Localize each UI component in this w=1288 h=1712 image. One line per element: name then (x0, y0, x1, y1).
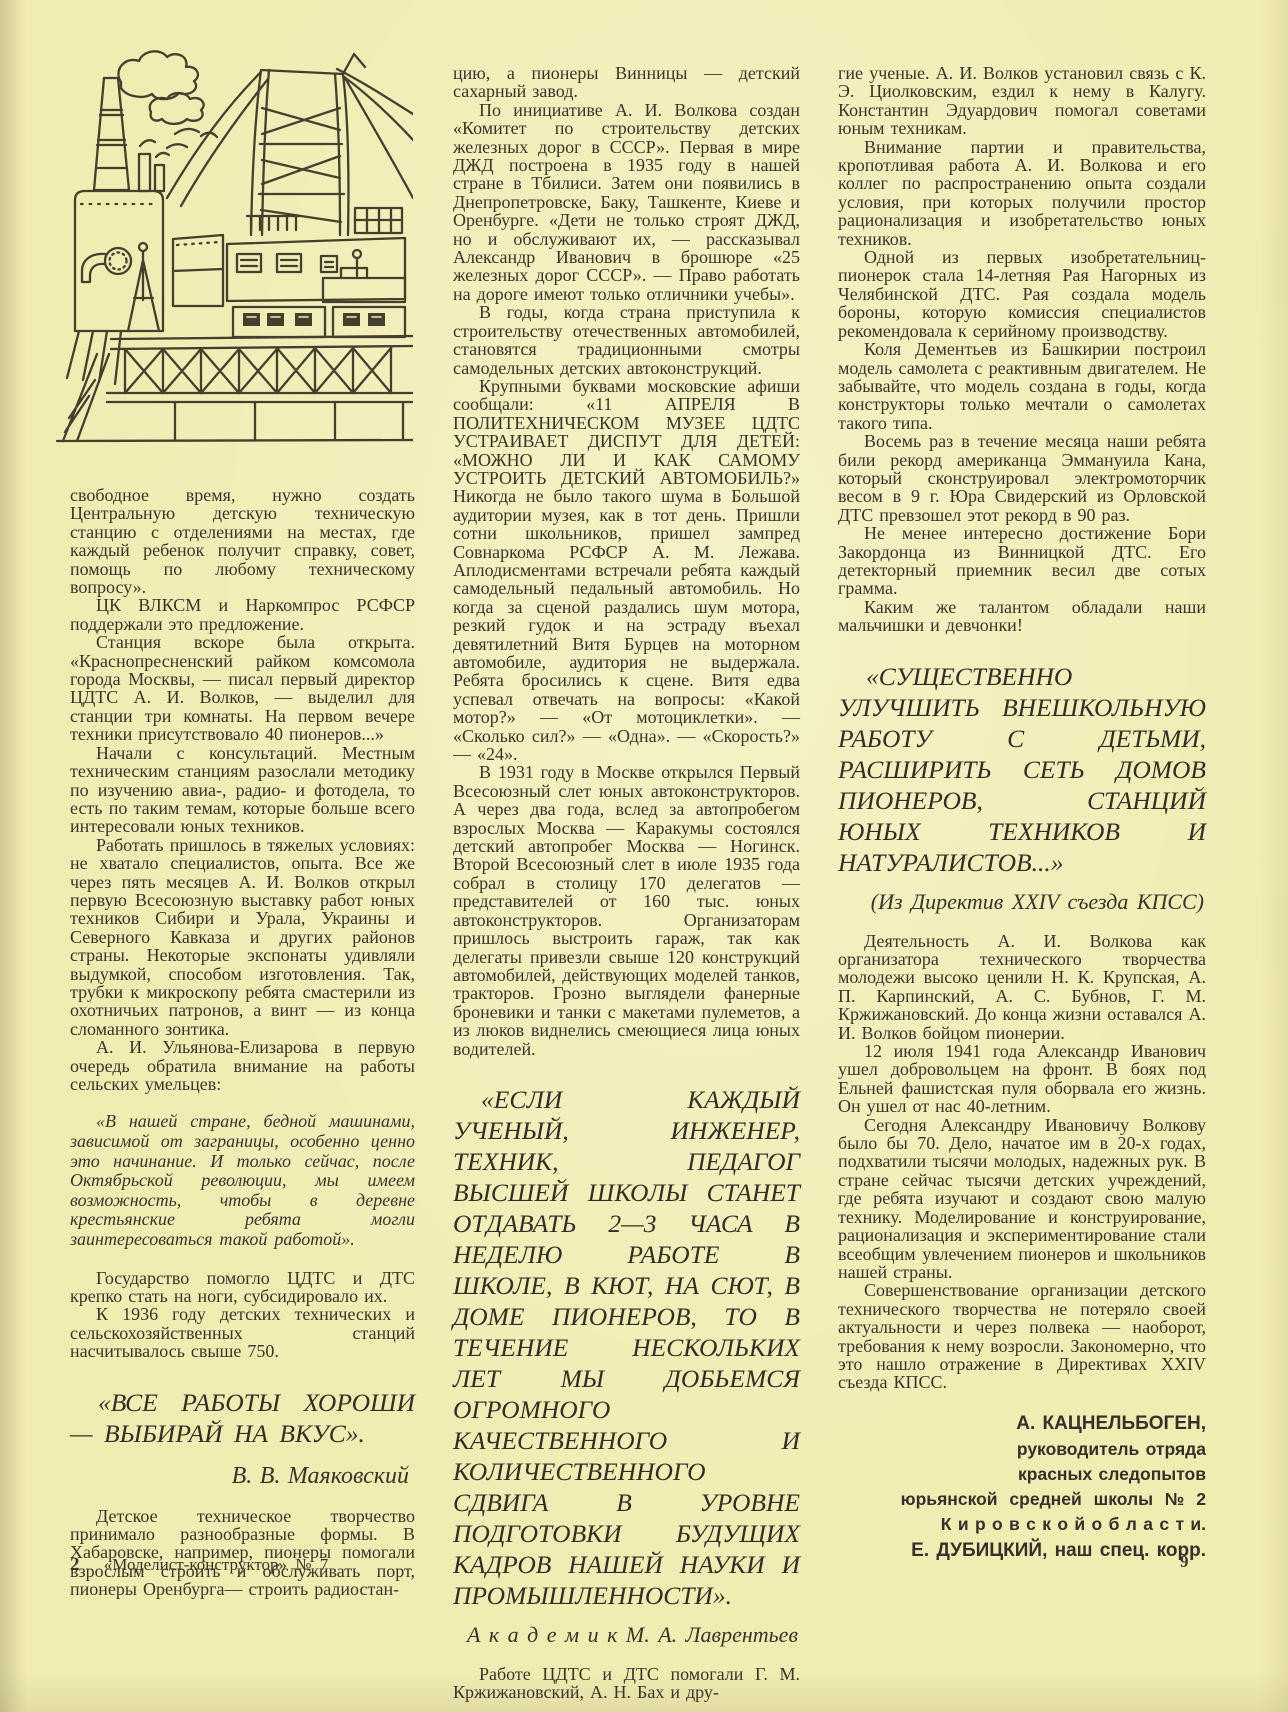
pull-quote: «ЕСЛИ КАЖДЫЙ УЧЕНЫЙ, ИНЖЕНЕР, ТЕХНИК, ПЕ… (453, 1084, 800, 1611)
paragraph-continued: гие ученые. А. И. Волков установил связь… (838, 64, 1206, 138)
signature-name: А. КАЦНЕЛЬБОГЕН, (838, 1410, 1206, 1437)
paragraph: ЦК ВЛКСМ и Наркомпрос РСФСР поддержали э… (70, 596, 415, 633)
magazine-page: свободное время, нужно создать Центральн… (0, 0, 1288, 1712)
signature-name: Е. ДУБИЦКИЙ, наш спец. корр. (838, 1537, 1206, 1564)
page-number: 9 (1180, 1552, 1189, 1572)
quote-attribution: (Из Директив XXIV съезда КПСС) (838, 888, 1204, 916)
quote-attribution: А к а д е м и к М. А. Лаврентьев (453, 1621, 798, 1649)
paragraph: Совершенствование организации детского т… (838, 1281, 1206, 1391)
paragraph: Работе ЦДТС и ДТС помогали Г. М. Кржижан… (453, 1665, 800, 1702)
footer-page-number: 2 (70, 1554, 80, 1575)
text-column-middle: цию, а пионеры Винницы — детский сахарны… (453, 64, 800, 1702)
paragraph: Станция вскоре была открыта. «Краснопрес… (70, 633, 415, 743)
paragraph: 12 июля 1941 года Александр Иванович уше… (838, 1042, 1206, 1116)
paragraph: Каким же талантом обладали наши мальчишк… (838, 598, 1206, 635)
factory-railway-illustration (55, 48, 413, 445)
paragraph: Детское техническое творчество принимало… (70, 1507, 415, 1599)
text-column-left: свободное время, нужно создать Центральн… (70, 486, 415, 1599)
paragraph: Не менее интересно достижение Бори Закор… (838, 524, 1206, 598)
paragraph: А. И. Ульянова-Елизарова в первую очеред… (70, 1038, 415, 1093)
paragraph: По инициативе А. И. Волкова создан «Коми… (453, 101, 800, 303)
paragraph-continued: цию, а пионеры Винницы — детский сахарны… (453, 64, 800, 101)
signature-line: К и р о в с к о й о б л а с т и. (838, 1512, 1206, 1537)
inline-quote: «В нашей стране, бедной машинами, зависи… (70, 1112, 415, 1249)
paragraph: Крупными буквами московские афиши сообща… (453, 377, 800, 764)
pull-quote: «ВСЕ РАБОТЫ ХОРОШИ — ВЫБИРАЙ НА ВКУС». (70, 1387, 415, 1449)
footer-issue-number: № 7 (295, 1555, 328, 1574)
paragraph: Внимание партии и правительства, кропотл… (838, 138, 1206, 248)
paragraph: В годы, когда страна приступила к строит… (453, 303, 800, 377)
paragraph: Коля Дементьев из Башкирии построил моде… (838, 340, 1206, 432)
paragraph: В 1931 году в Москве открылся Первый Все… (453, 763, 800, 1058)
text-column-right: гие ученые. А. И. Волков установил связь… (838, 64, 1206, 1564)
signature-line: красных следопытов (838, 1462, 1206, 1487)
paragraph: Начали с консультаций. Местным техническ… (70, 744, 415, 836)
footer-imprint: 2 «Моделист-конструктор» № 7 (70, 1554, 328, 1576)
paragraph: Государство помогло ЦДТС и ДТС крепко ст… (70, 1269, 415, 1306)
paragraph: Одной из первых изобретательниц-пионерок… (838, 248, 1206, 340)
signature-line: руководитель отряда (838, 1437, 1206, 1462)
quote-attribution: В. В. Маяковский (70, 1461, 409, 1491)
paragraph-continued: свободное время, нужно создать Центральн… (70, 486, 415, 596)
paragraph: Деятельность А. И. Волкова как организат… (838, 932, 1206, 1042)
paragraph: Сегодня Александру Ивановичу Волкову был… (838, 1116, 1206, 1282)
signature-line: юрьянской средней школы № 2 (838, 1487, 1206, 1512)
paragraph: Восемь раз в течение месяца наши ребята … (838, 432, 1206, 524)
pull-quote: «СУЩЕСТВЕННО УЛУЧШИТЬ ВНЕШКОЛЬНУЮ РАБОТУ… (838, 661, 1206, 878)
paragraph: К 1936 году детских технических и сельск… (70, 1305, 415, 1360)
footer-magazine-title: «Моделист-конструктор» (104, 1555, 287, 1574)
factory-railway-line-art-icon (55, 48, 413, 443)
paragraph: Работать пришлось в тяжелых условиях: не… (70, 836, 415, 1038)
